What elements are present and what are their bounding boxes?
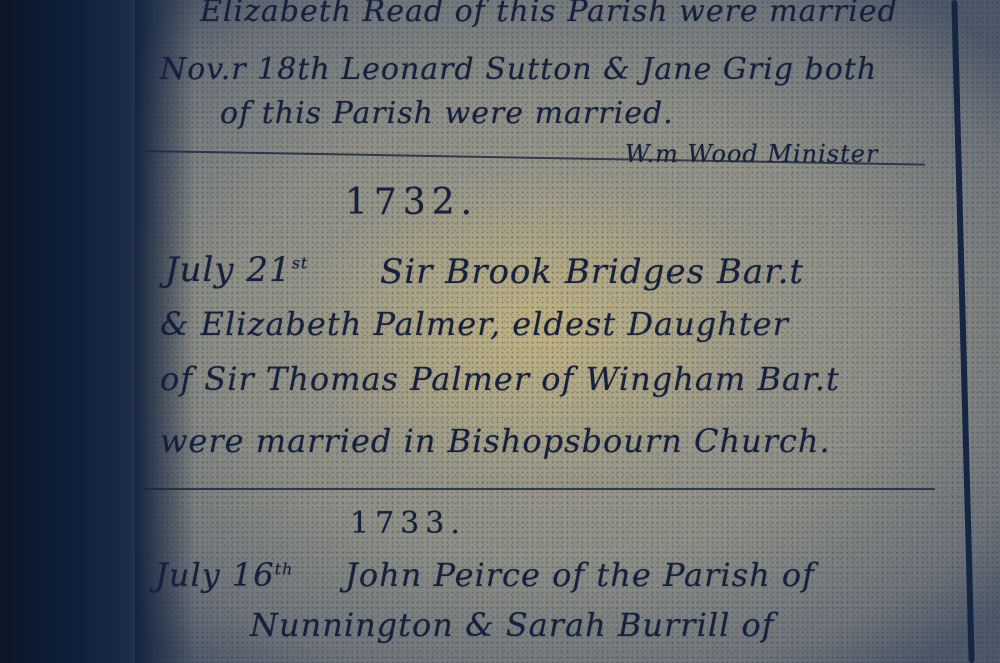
entry-3-line-2: Nunnington & Sarah Burrill of xyxy=(250,606,775,644)
book-binding-gutter xyxy=(0,0,150,663)
entry-2-date: July 21st xyxy=(165,250,308,290)
year-heading-1732: 1732. xyxy=(345,182,478,223)
entry-2-date-suffix: st xyxy=(292,254,309,273)
year-heading-1733: 1733. xyxy=(350,506,466,541)
entry-3-date-suffix: th xyxy=(275,559,294,578)
right-margin-rule xyxy=(951,0,974,663)
entry-3-date: July 16th xyxy=(155,556,293,594)
entry-2-line-1: Sir Brook Bridges Bar.t xyxy=(380,252,804,292)
entry-2-date-text: July 21 xyxy=(165,250,292,290)
entry-3-date-text: July 16 xyxy=(155,556,275,594)
entry-2-line-3: of Sir Thomas Palmer of Wingham Bar.t xyxy=(160,360,840,398)
entry-2-line-4: were married in Bishopsbourn Church. xyxy=(160,422,831,460)
register-page: Elizabeth Read of this Parish were marri… xyxy=(135,0,1000,663)
entry-1-line-3: of this Parish were married. xyxy=(220,96,674,131)
entry-2-line-2: & Elizabeth Palmer, eldest Daughter xyxy=(160,305,789,343)
entry-divider-2 xyxy=(135,488,935,490)
entry-1-line-2: Nov.r 18th Leonard Sutton & Jane Grig bo… xyxy=(160,52,877,87)
entry-1-line-1: Elizabeth Read of this Parish were marri… xyxy=(200,0,898,29)
entry-3-line-1: John Peirce of the Parish of xyxy=(345,556,815,594)
